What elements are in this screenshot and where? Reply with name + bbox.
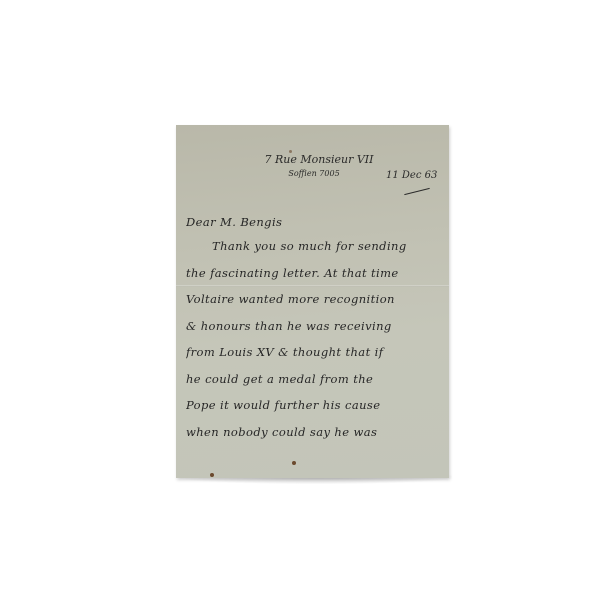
handwritten-letter: 7 Rue Monsieur VII Soffien 7005 11 Dec 6… xyxy=(176,125,449,478)
salutation: Dear M. Bengis xyxy=(186,211,444,233)
body-line: Pope it would further his cause xyxy=(186,392,444,419)
body-line: Voltaire wanted more recognition xyxy=(186,286,444,313)
body-line: he could get a medal from the xyxy=(186,366,444,393)
letter-date: 11 Dec 63 xyxy=(386,170,437,181)
body-line: from Louis XV & thought that if xyxy=(186,339,444,366)
foxing-spot xyxy=(210,473,214,477)
body-line: & honours than he was receiving xyxy=(186,313,444,340)
engraved-letterhead: 7 Rue Monsieur VII Soffien 7005 xyxy=(254,153,384,181)
body-line: Thank you so much for sending xyxy=(186,233,444,260)
product-photo-stage: 7 Rue Monsieur VII Soffien 7005 11 Dec 6… xyxy=(0,0,600,600)
body-line: when nobody could say he was xyxy=(186,419,444,446)
body-line: the fascinating letter. At that time xyxy=(186,260,444,287)
letter-body: Dear M. Bengis Thank you so much for sen… xyxy=(186,211,444,445)
letterhead-phone: Soffien 7005 xyxy=(244,167,384,181)
date-underline-flourish xyxy=(404,188,429,195)
letterhead-address: 7 Rue Monsieur VII xyxy=(254,153,384,167)
foxing-spot xyxy=(292,461,296,465)
